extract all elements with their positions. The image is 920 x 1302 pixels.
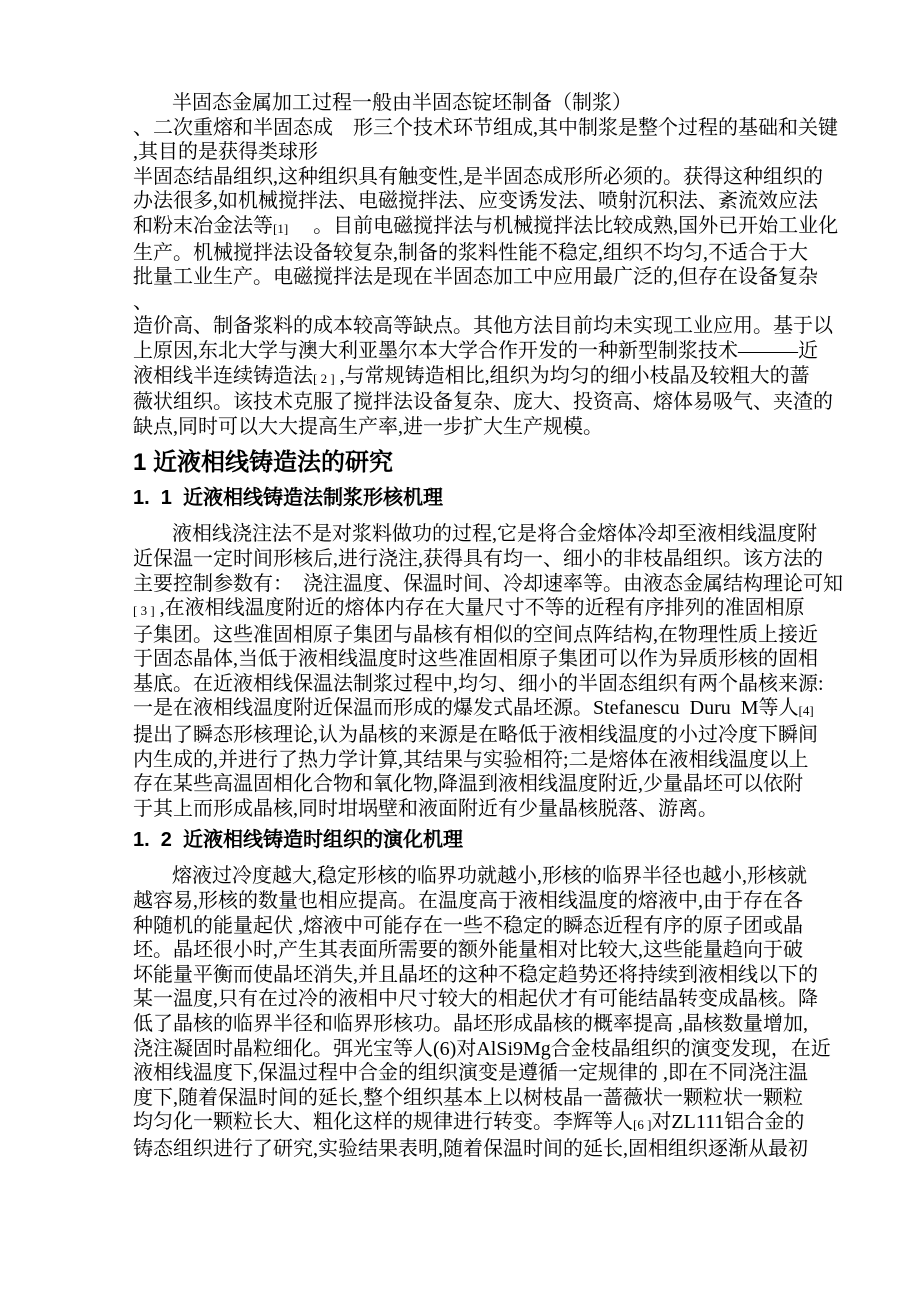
- citation-ref: [4]: [799, 703, 814, 718]
- text-segment: ,与常规铸造相比,组织为均匀的细小枝晶及较粗大的蔷: [335, 365, 810, 387]
- text-line: 浇注凝固时晶粒细化。弭光宝等人(6)对AlSi9Mg合金枝晶组织的演变发现，在近: [133, 1037, 800, 1062]
- text-line: 坯。晶坯很小时,产生其表面所需要的额外能量相对比较大,这些能量趋向于破: [133, 938, 800, 963]
- subsection-heading: 1. 1 近液相线铸造法制浆形核机理: [133, 485, 800, 512]
- text-line: 种随机的能量起伏 ,熔液中可能存在一些不稳定的瞬态近程有序的原子团或晶: [133, 914, 800, 939]
- text-line: 、: [133, 290, 800, 315]
- text-line: 低了晶核的临界半径和临界形核功。晶坯形成晶核的概率提高 ,晶核数量增加,: [133, 1012, 800, 1037]
- subsection-heading: 1. 2 近液相线铸造时组织的演化机理: [133, 827, 800, 854]
- text-line: 于其上而形成晶核,同时坩埚壁和液面附近有少量晶核脱落、游离。: [133, 797, 800, 822]
- text-line: 内生成的,并进行了热力学计算,其结果与实验相符;二是熔体在液相线温度以上: [133, 748, 800, 773]
- citation-ref: [ 2 ]: [313, 371, 335, 386]
- text-segment: 均匀化一颗粒长大、粗化这样的规律进行转变。李辉等人: [133, 1111, 633, 1133]
- text-segment: 一是在液相线温度附近保温而形成的爆发式晶坯源。Stefanescu Duru M…: [133, 697, 799, 719]
- text-line: 上原因,东北大学与澳大利亚墨尔本大学合作开发的一种新型制浆技术———近: [133, 339, 800, 364]
- document-page: 半固态金属加工过程一般由半固态锭坯制备（制浆）、二次重熔和半固态成 形三个技术环…: [0, 0, 920, 1302]
- citation-ref: [1]: [273, 221, 288, 236]
- text-line: 半固态金属加工过程一般由半固态锭坯制备（制浆）: [133, 91, 800, 116]
- text-line: 造价高、制备浆料的成本较高等缺点。其他方法目前均未实现工业应用。基于以: [133, 314, 800, 339]
- text-line: 基底。在近液相线保温法制浆过程中,均匀、细小的半固态组织有两个晶核来源:: [133, 672, 800, 697]
- citation-ref: [ 3 ]: [133, 603, 155, 618]
- text-line: 和粉末冶金法等[1] 。目前电磁搅拌法与机械搅拌法比较成熟,国外已开始工业化: [133, 214, 800, 241]
- text-line: 存在某些高温固相化合物和氧化物,降温到液相线温度附近,少量晶坯可以依附: [133, 772, 800, 797]
- text-line: 子集团。这些准固相原子集团与晶核有相似的空间点阵结构,在物理性质上接近: [133, 623, 800, 648]
- text-line: 液相线温度下,保温过程中合金的组织演变是遵循一定规律的 ,即在不同浇注温: [133, 1061, 800, 1086]
- section-heading: 1 近液相线铸造法的研究: [133, 447, 800, 479]
- text-line: 坏能量平衡而使晶坯消失,并且晶坯的这种不稳定趋势还将持续到液相线以下的: [133, 963, 800, 988]
- text-line: 度下,随着保温时间的延长,整个组织基本上以树枝晶一蔷薇状一颗粒状一颗粒: [133, 1086, 800, 1111]
- text-line: 批量工业生产。电磁搅拌法是现在半固态加工中应用最广泛的,但存在设备复杂: [133, 265, 800, 290]
- text-line: 液相线半连续铸造法[ 2 ] ,与常规铸造相比,组织为均匀的细小枝晶及较粗大的蔷: [133, 364, 800, 391]
- text-segment: 对ZL111铝合金的: [651, 1111, 804, 1133]
- document-body: 半固态金属加工过程一般由半固态锭坯制备（制浆）、二次重熔和半固态成 形三个技术环…: [133, 91, 800, 1162]
- text-segment: ,在液相线温度附近的熔体内存在大量尺寸不等的近程有序排列的准固相原: [155, 597, 805, 619]
- text-line: 铸态组织进行了研究,实验结果表明,随着保温时间的延长,固相组织逐渐从最初: [133, 1137, 800, 1162]
- text-line: 越容易,形核的数量也相应提高。在温度高于液相线温度的熔液中,由于存在各: [133, 889, 800, 914]
- text-line: 薇状组织。该技术克服了搅拌法设备复杂、庞大、投资高、熔体易吸气、夹渣的: [133, 390, 800, 415]
- text-segment: 和粉末冶金法等: [133, 215, 273, 237]
- text-segment: 液相线半连续铸造法: [133, 365, 313, 387]
- text-line: 近保温一定时间形核后,进行浇注,获得具有均一、细小的非枝晶组织。该方法的: [133, 547, 800, 572]
- text-line: 主要控制参数有： 浇注温度、保温时间、冷却速率等。由液态金属结构理论可知: [133, 572, 800, 597]
- text-line: 均匀化一颗粒长大、粗化这样的规律进行转变。李辉等人[6 ]对ZL111铝合金的: [133, 1110, 800, 1137]
- text-line: [ 3 ] ,在液相线温度附近的熔体内存在大量尺寸不等的近程有序排列的准固相原: [133, 596, 800, 623]
- text-line: 半固态结晶组织,这种组织具有触变性,是半固态成形所必须的。获得这种组织的: [133, 165, 800, 190]
- text-line: ,其目的是获得类球形: [133, 140, 800, 165]
- text-line: 办法很多,如机械搅拌法、电磁搅拌法、应变诱发法、喷射沉积法、紊流效应法: [133, 189, 800, 214]
- text-line: 一是在液相线温度附近保温而形成的爆发式晶坯源。Stefanescu Duru M…: [133, 696, 800, 723]
- citation-ref: [6 ]: [633, 1117, 651, 1132]
- text-line: 生产。机械搅拌法设备较复杂,制备的浆料性能不稳定,组织不均匀,不适合于大: [133, 241, 800, 266]
- text-line: 缺点,同时可以大大提高生产率,进一步扩大生产规模。: [133, 415, 800, 440]
- text-line: 、二次重熔和半固态成 形三个技术环节组成,其中制浆是整个过程的基础和关键: [133, 116, 800, 141]
- text-segment: 。目前电磁搅拌法与机械搅拌法比较成熟,国外已开始工业化: [288, 215, 838, 237]
- text-line: 提出了瞬态形核理论,认为晶核的来源是在略低于液相线温度的小过冷度下瞬间: [133, 723, 800, 748]
- text-line: 于固态晶体,当低于液相线温度时这些准固相原子集团可以作为异质形核的固相: [133, 647, 800, 672]
- text-line: 熔液过冷度越大,稳定形核的临界功就越小,形核的临界半径也越小,形核就: [133, 864, 800, 889]
- text-line: 液相线浇注法不是对浆料做功的过程,它是将合金熔体冷却至液相线温度附: [133, 522, 800, 547]
- text-line: 某一温度,只有在过冷的液相中尺寸较大的相起伏才有可能结晶转变成晶核。降: [133, 987, 800, 1012]
